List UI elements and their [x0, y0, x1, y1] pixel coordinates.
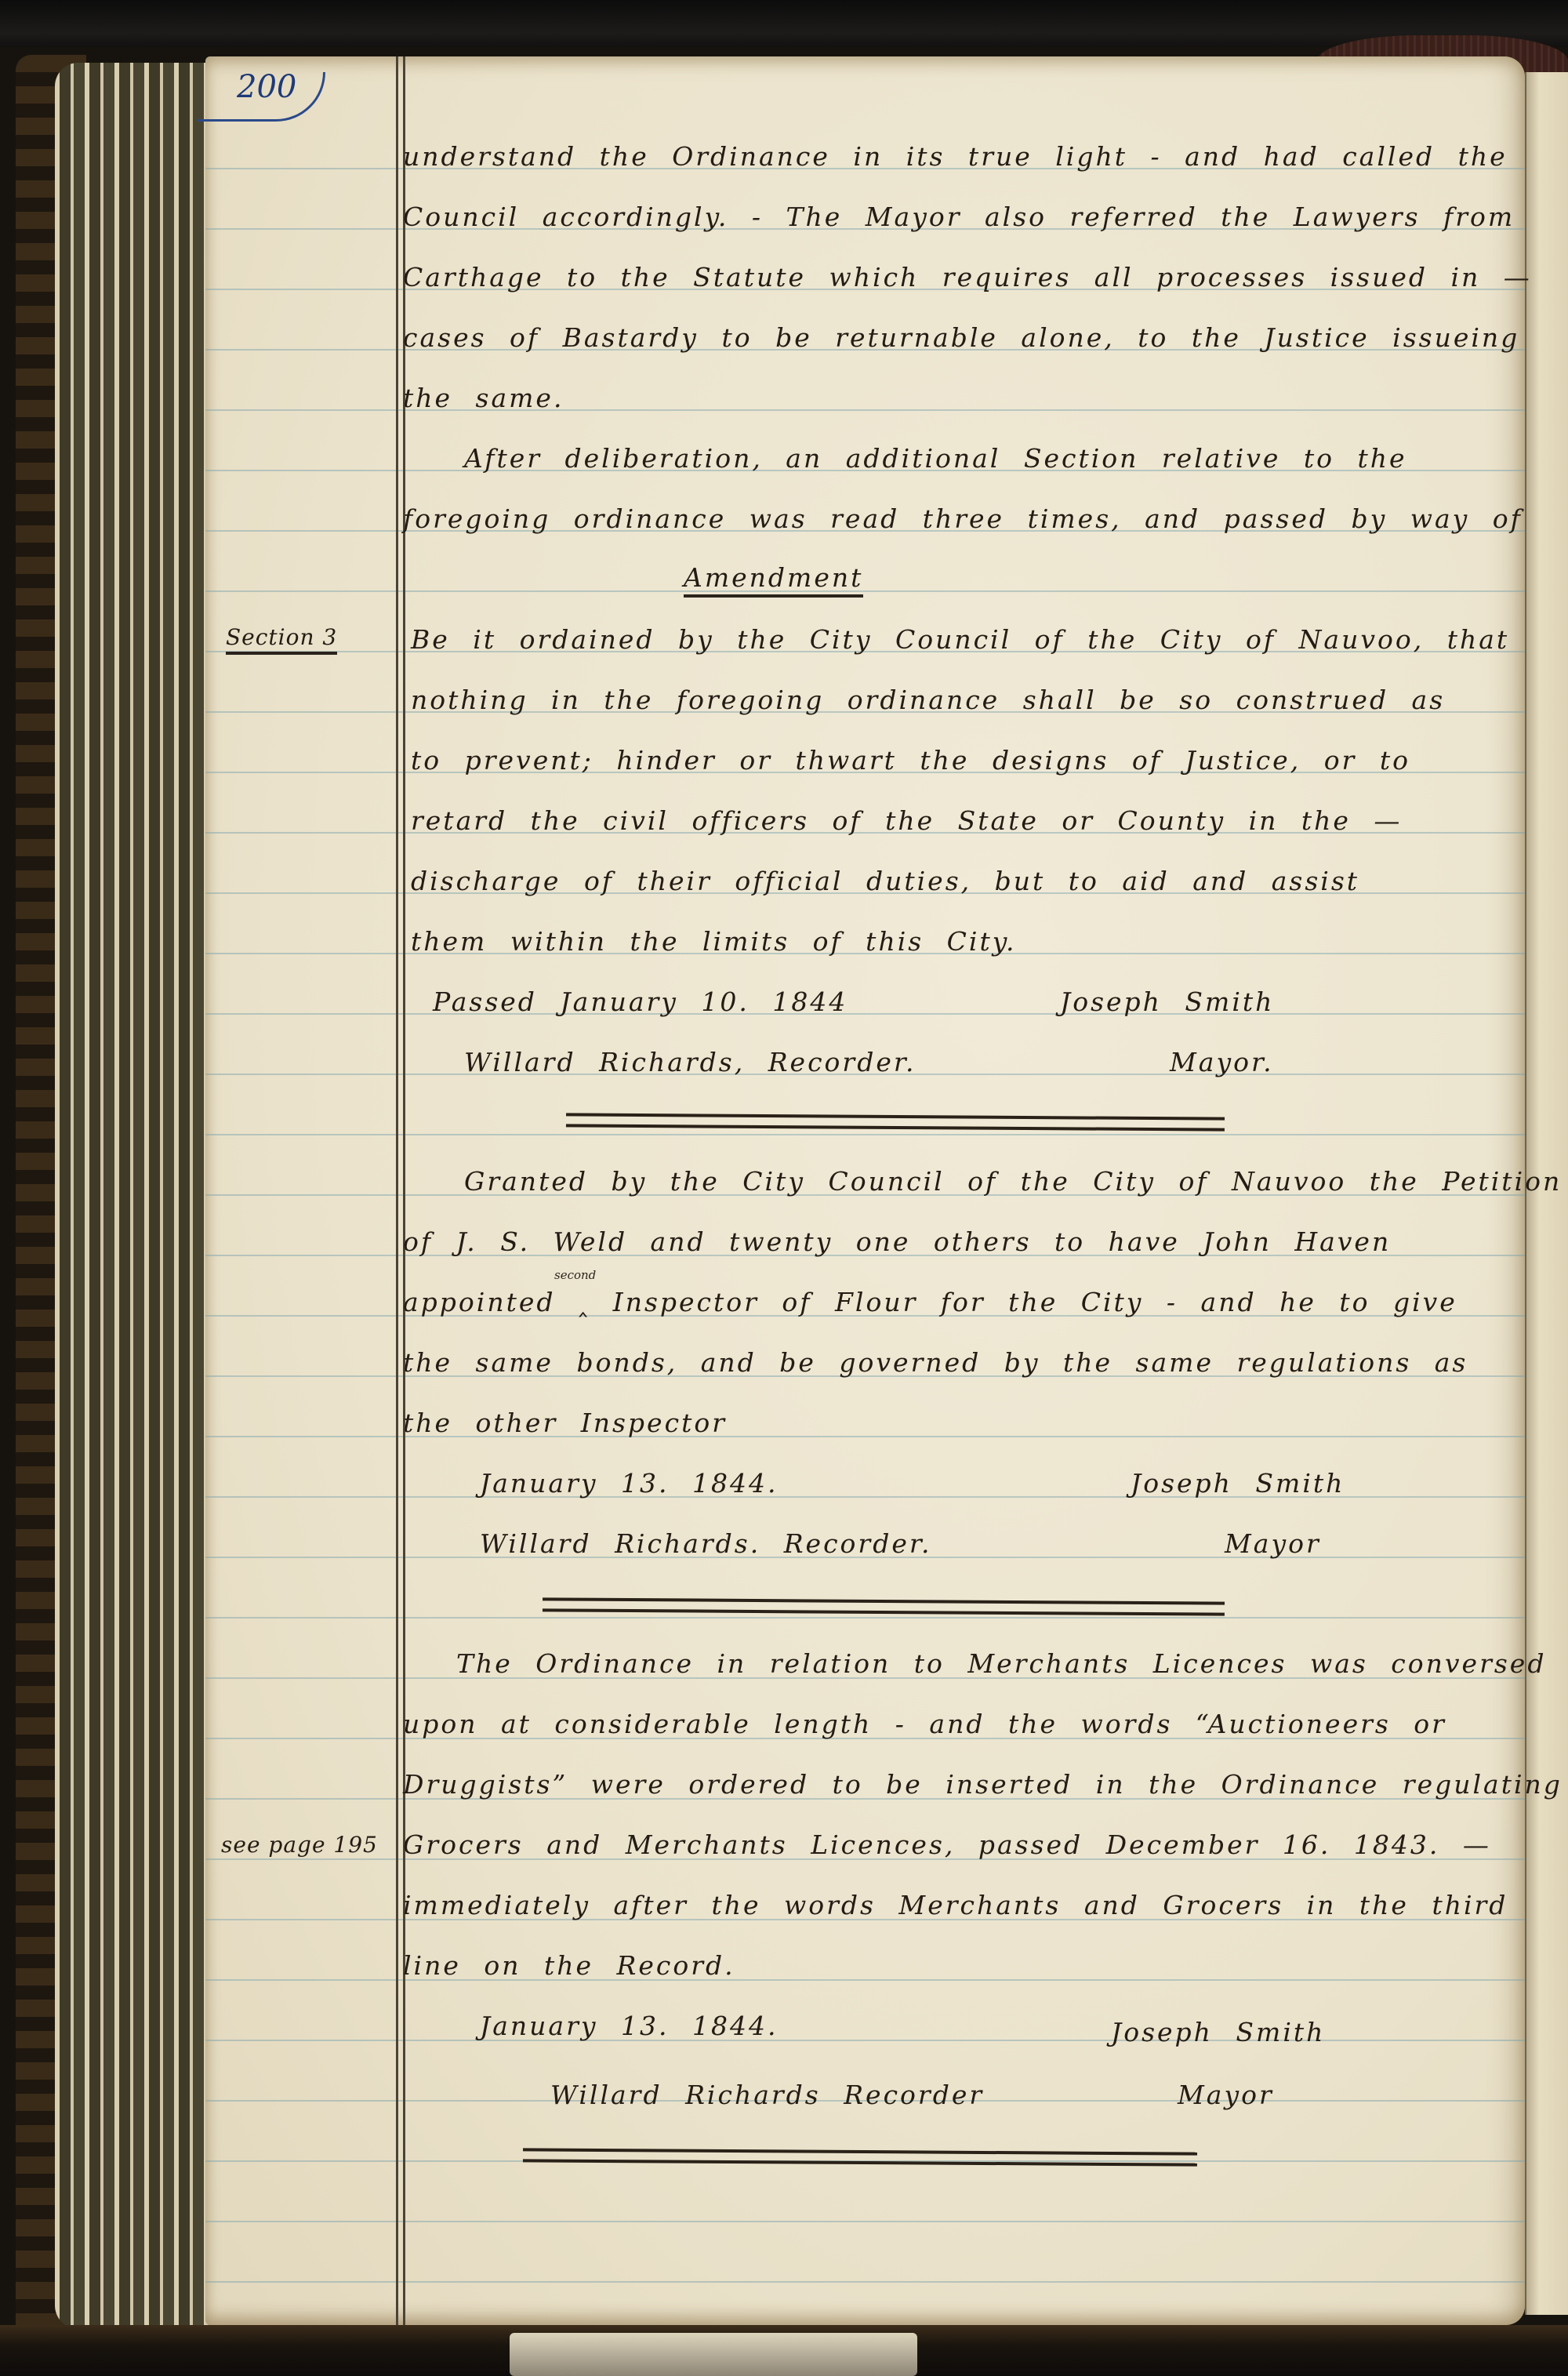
- text-line: retard the civil officers of the State o…: [411, 805, 1402, 836]
- section-divider: [523, 2148, 1197, 2166]
- insertion-note: second: [554, 1268, 596, 1282]
- text-line: the other Inspector: [403, 1408, 727, 1438]
- text-line: Grocers and Merchants Licences, passed D…: [403, 1829, 1491, 1860]
- signature-recorder: Willard Richards, Recorder.: [464, 1047, 916, 1077]
- text-line: Carthage to the Statute which requires a…: [403, 262, 1532, 292]
- text-line: understand the Ordinance in its true lig…: [403, 141, 1508, 172]
- text-line: discharge of their official duties, but …: [411, 866, 1359, 896]
- margin-note-see-page: see page 195: [221, 1832, 378, 1858]
- text-line: nothing in the foregoing ordinance shall…: [411, 685, 1445, 715]
- text-line: foregoing ordinance was read three times…: [403, 503, 1523, 534]
- text-line: the same bonds, and be governed by the s…: [403, 1347, 1468, 1378]
- text-line: of J. S. Weld and twenty one others to h…: [403, 1226, 1391, 1257]
- page-number: 200: [237, 69, 296, 105]
- text-line: the same.: [403, 383, 564, 413]
- signature-mayor-title: Mayor: [1178, 2080, 1274, 2110]
- text-line: Council accordingly. - The Mayor also re…: [403, 202, 1515, 232]
- signature-recorder: Willard Richards Recorder: [550, 2080, 984, 2110]
- signature-mayor-name: Joseph Smith: [1060, 986, 1274, 1017]
- loose-paper-below: [510, 2333, 917, 2376]
- amendment-heading: Amendment: [684, 562, 863, 598]
- signature-date: Passed January 10. 1844: [433, 986, 848, 1017]
- text-line: line on the Record.: [403, 1950, 735, 1981]
- text-line: The Ordinance in relation to Merchants L…: [456, 1648, 1546, 1679]
- ledger-page: 200 understand the Ordinance in its true…: [205, 56, 1525, 2325]
- text-line: them within the limits of this City.: [411, 926, 1017, 957]
- book-background-top: [0, 0, 1568, 47]
- signature-mayor-name: Joseph Smith: [1111, 2017, 1325, 2047]
- text-line: to prevent; hinder or thwart the designs…: [411, 745, 1410, 776]
- signature-date: January 13. 1844.: [480, 1468, 778, 1499]
- signature-mayor-name: Joseph Smith: [1131, 1468, 1345, 1499]
- signature-mayor-title: Mayor.: [1170, 1047, 1274, 1077]
- signature-date: January 13. 1844.: [480, 2011, 778, 2041]
- text-line: immediately after the words Merchants an…: [403, 1890, 1508, 1920]
- text-line: appointed ‸ Inspector of Flour for the C…: [403, 1287, 1457, 1317]
- text-line: After deliberation, an additional Sectio…: [464, 443, 1407, 474]
- page-edge-stack: [55, 63, 212, 2329]
- text-line: upon at considerable length - and the wo…: [403, 1709, 1446, 1739]
- text-line: Be it ordained by the City Council of th…: [411, 624, 1509, 655]
- text-line: Druggists” were ordered to be inserted i…: [403, 1769, 1563, 1800]
- section-divider: [566, 1113, 1225, 1131]
- signature-recorder: Willard Richards. Recorder.: [480, 1528, 931, 1559]
- text-line: Granted by the City Council of the City …: [464, 1166, 1562, 1197]
- margin-note-section-3: Section 3: [226, 624, 337, 655]
- margin-rule: [396, 56, 398, 2325]
- section-divider: [543, 1597, 1225, 1615]
- text-line: cases of Bastardy to be returnable alone…: [403, 322, 1519, 353]
- signature-mayor-title: Mayor: [1225, 1528, 1321, 1559]
